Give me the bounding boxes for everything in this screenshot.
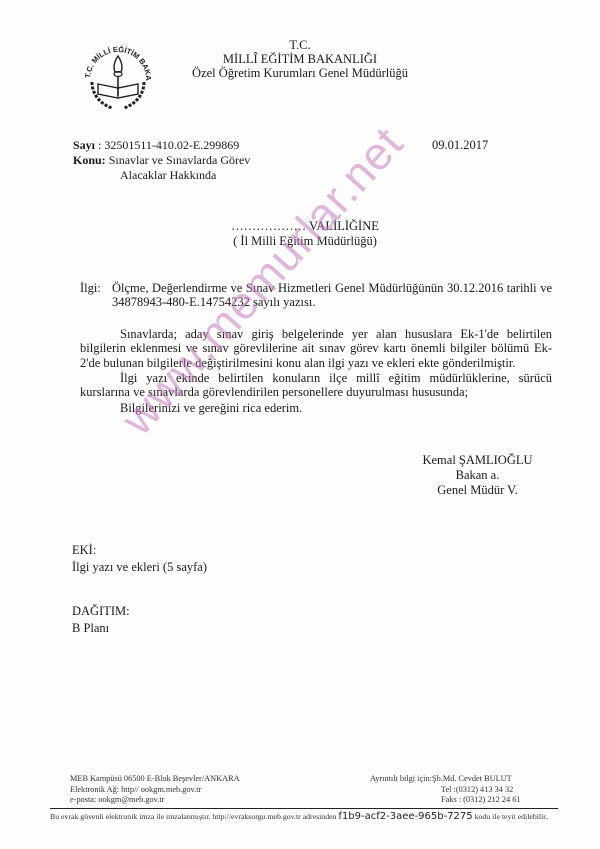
signer-title-1: Bakan a. [395,468,560,483]
attachments-label: EKİ: [72,542,207,559]
verification-note: Bu evrak güvenli elektronik imza ile imz… [50,811,560,823]
meb-emblem-icon: T.C. MİLLİ EĞİTİM BAKANLIĞI [78,36,158,116]
body-paragraph-1: Sınavlarda; aday sınav giriş belgelerind… [80,327,552,370]
verify-suffix: kodu ile teyit edilebilir. [475,812,548,821]
meb-logo: T.C. MİLLİ EĞİTİM BAKANLIĞI [78,36,158,116]
body-paragraph-3: Bilgilerinizi ve gereğini rica ederim. [80,401,552,415]
signer-title-2: Genel Müdür V. [395,483,560,498]
distribution-item: B Planı [72,620,130,637]
ilgi-label: İlgi: [80,281,101,296]
addressee-line2: ( İl Milli Eğitim Müdürlüğü) [200,234,410,249]
sayi-label: Sayı [73,138,95,152]
ilgi-text: Ölçme, Değerlendirme ve Sınav Hizmetleri… [112,281,552,309]
footer-contact-person: Şb.Md. Cevdet BULUT [432,774,512,785]
distribution-label: DAĞITIM: [72,603,130,620]
signer-name: Kemal ŞAMLIOĞLU [395,453,560,468]
body-paragraph-2: İlgi yazı ekinde belirtilen konuların il… [80,371,552,400]
addressee: ……………… VALİLİĞİNE ( İl Milli Eğitim Müdü… [200,219,410,249]
footer-info: Ayrıntılı bilgi için: Şb.Md. Cevdet BULU… [370,774,521,806]
attachment-item: İlgi yazı ve ekleri (5 sayfa) [72,559,207,576]
document-meta: Sayı : 32501511-410.02-E.299869 Konu: Sı… [73,138,250,183]
distribution: DAĞITIM: B Planı [72,603,130,637]
konu-line2: Alacaklar Hakkında [73,168,250,183]
footer-info-row: Ayrıntılı bilgi için: Şb.Md. Cevdet BULU… [370,774,521,785]
konu-row: Konu: Sınavlar ve Sınavlarda Görev Alaca… [73,153,250,183]
verify-prefix: Bu evrak güvenli elektronik imza ile imz… [50,812,336,821]
sayi-row: Sayı : 32501511-410.02-E.299869 [73,138,250,153]
footer-contact: MEB Kampüsü 06500 E-Blok Beşevler/ANKARA… [70,774,240,806]
footer-info-label: Ayrıntılı bilgi için: [370,774,432,785]
konu-line1: Sınavlar ve Sınavlarda Görev [109,153,251,167]
addressee-line1: ……………… VALİLİĞİNE [200,219,410,234]
sayi-value: : 32501511-410.02-E.299869 [98,138,239,152]
letterhead: T.C. MİLLÎ EĞİTİM BAKANLIĞI Özel Öğretim… [180,38,420,80]
footer-email: e-posta: ookgm@meb.gov.tr [70,795,240,806]
document-date: 09.01.2017 [432,138,488,153]
header-directorate: Özel Öğretim Kurumları Genel Müdürlüğü [180,66,420,80]
verify-code: f1b9-acf2-3aee-965b-7275 [338,811,472,822]
header-tc: T.C. [180,38,420,52]
konu-label: Konu: [73,153,106,167]
footer-fax: Faks : (0312) 212 24 61 [370,795,521,806]
footer-divider [50,808,558,809]
footer-address: MEB Kampüsü 06500 E-Blok Beşevler/ANKARA [70,774,240,785]
header-ministry: MİLLÎ EĞİTİM BAKANLIĞI [180,52,420,66]
footer-tel: Tel :(0312) 413 34 32 [370,785,521,796]
signature-block: Kemal ŞAMLIOĞLU Bakan a. Genel Müdür V. [395,453,560,498]
attachments: EKİ: İlgi yazı ve ekleri (5 sayfa) [72,542,207,576]
footer-web: Elektronik Ağ: http// ookgm.meb.gov.tr [70,785,240,796]
